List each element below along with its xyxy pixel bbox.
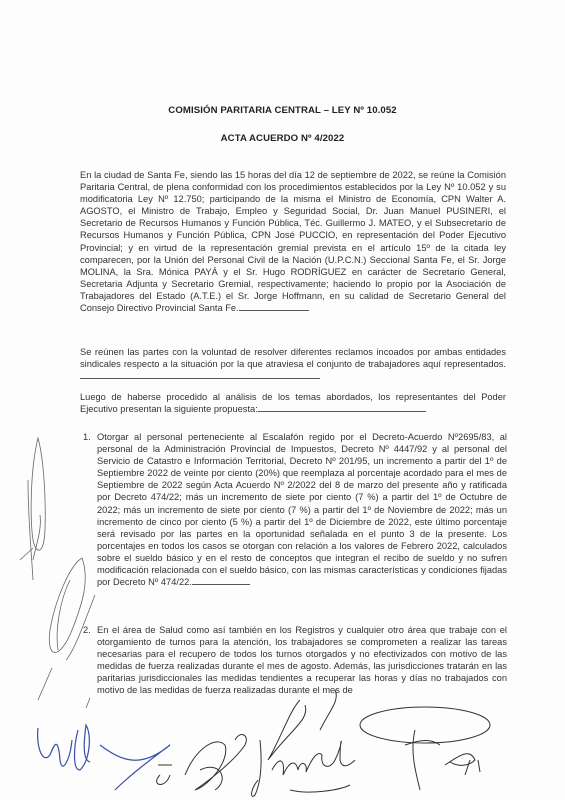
document-title: COMISIÓN PARITARIA CENTRAL – LEY Nº 10.0… xyxy=(0,105,565,116)
item-text: Otorgar al personal perteneciente al Esc… xyxy=(97,432,507,587)
list-item: 2. En el área de Salud como así también … xyxy=(97,624,507,697)
item-number: 2. xyxy=(83,624,91,636)
signature-2-icon xyxy=(157,735,247,790)
item-text: En el área de Salud como así también en … xyxy=(97,625,507,695)
paragraph-proposal: Luego de haberse procedido al análisis d… xyxy=(80,391,506,415)
document-subtitle: ACTA ACUERDO Nº 4/2022 xyxy=(0,133,565,144)
paragraph-intro: En la ciudad de Santa Fe, siendo las 15 … xyxy=(80,169,506,314)
document-page: COMISIÓN PARITARIA CENTRAL – LEY Nº 10.0… xyxy=(0,0,565,800)
paragraph-text: Se reúnen las partes con la voluntad de … xyxy=(80,347,506,369)
signature-4-icon xyxy=(360,707,490,790)
signature-margin-icon xyxy=(20,438,95,708)
fill-line xyxy=(258,403,426,412)
fill-line xyxy=(239,302,309,311)
fill-line xyxy=(192,576,250,585)
item-number: 1. xyxy=(83,431,91,443)
paragraph-parties: Se reúnen las partes con la voluntad de … xyxy=(80,346,506,382)
signature-3-icon xyxy=(252,690,355,796)
fill-line xyxy=(80,370,320,379)
list-item: 1. Otorgar al personal perteneciente al … xyxy=(97,431,507,588)
paragraph-text: En la ciudad de Santa Fe, siendo las 15 … xyxy=(80,170,506,313)
signature-1-icon xyxy=(38,725,170,790)
